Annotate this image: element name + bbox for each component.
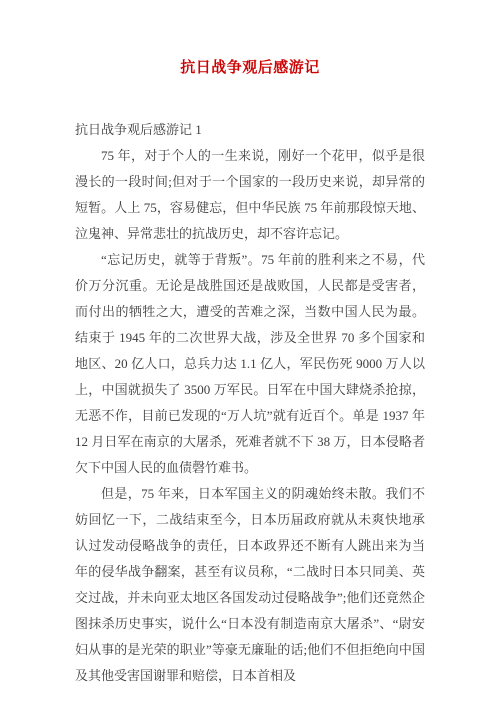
document-body: 抗日战争观后感游记 1 75 年，对于个人的一生来说，刚好一个花甲，似乎是很漫长… (75, 117, 425, 689)
document-subheading: 抗日战争观后感游记 1 (75, 117, 425, 143)
paragraph: 但是，75 年来，日本军国主义的阴魂始终未散。我们不妨回忆一下，二战结束至今，日… (75, 481, 425, 689)
paragraph: 75 年，对于个人的一生来说，刚好一个花甲，似乎是很漫长的一段时间;但对于一个国… (75, 143, 425, 247)
document-page: 抗日战争观后感游记 抗日战争观后感游记 1 75 年，对于个人的一生来说，刚好一… (0, 0, 500, 707)
paragraph: “忘记历史，就等于背叛”。75 年前的胜利来之不易，代价万分沉重。无论是战胜国还… (75, 247, 425, 481)
document-title: 抗日战争观后感游记 (0, 0, 500, 79)
